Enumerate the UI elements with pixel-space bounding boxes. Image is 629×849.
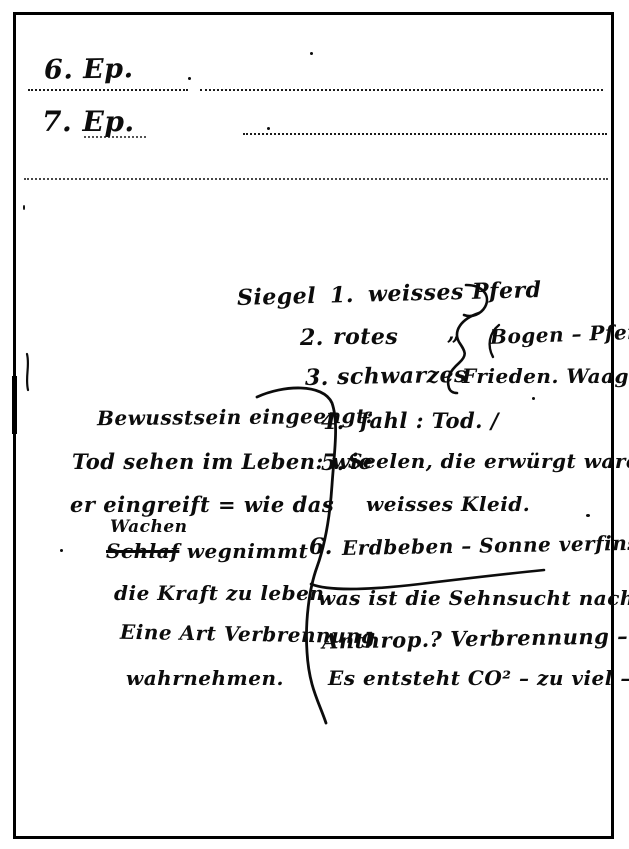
scan-speck (310, 52, 313, 55)
seal-5-text: Seelen, die erwürgt waren (348, 451, 629, 471)
note-sehnsucht: was ist die Sehnsucht nach (318, 588, 629, 608)
note-wahrnehmen: wahrnehmen. (126, 668, 284, 688)
seal-2-text: rotes (333, 326, 398, 348)
seal-6-text: Erdbeben – Sonne verfinstert (342, 532, 629, 558)
seal-6-number: 6. (309, 536, 333, 558)
seal-title: Siegel (237, 285, 317, 309)
seal-3-text: schwarzes (337, 364, 467, 388)
note-co2: Es entsteht CO² – zu viel – (328, 668, 629, 688)
scan-speck (188, 77, 191, 80)
bracket-note-bogen-pfeile: Bogen – Pfeile (490, 321, 629, 347)
episode-6-label: 6. Ep. (44, 55, 134, 84)
dotted-rule (24, 178, 608, 180)
ditto-mark: „ (447, 322, 460, 344)
note-kraft-zu-leben: die Kraft zu leben. (114, 583, 332, 603)
note-er-eingreift: er eingreift = wie das (70, 494, 334, 515)
seal-2-number: 2. (300, 327, 324, 349)
bracket-note-frieden-waage: Frieden. Waage. (462, 366, 629, 386)
scan-speck (23, 205, 25, 210)
scan-speck (267, 127, 270, 130)
note-bewusstsein: Bewusstsein eingeengt: (97, 406, 374, 428)
note-schlaf-wegnimmt: Schlaf wegnimmt (106, 541, 308, 561)
seal-4-text: fahl : Tod. / (360, 410, 499, 431)
dotted-rule (28, 89, 188, 91)
struck-word-schlaf: Schlaf (106, 539, 179, 563)
scanned-page: 6. Ep. 7. Ep. Siegel 1. weisses Pferd 2.… (0, 0, 629, 849)
seal-3-number: 3. (305, 367, 329, 389)
seal-5-continuation: weisses Kleid. (366, 494, 530, 514)
dotted-rule (84, 136, 146, 138)
scan-speck (586, 514, 590, 517)
seal-1-number: 1. (330, 284, 355, 307)
note-wegnimmt: wegnimmt (187, 539, 309, 563)
inserted-word-wachen: Wachen (110, 519, 188, 536)
dotted-rule (200, 89, 603, 91)
scan-speck (532, 397, 535, 400)
seal-1-text: weisses Pferd (368, 279, 542, 306)
note-tod-sehen: Tod sehen im Leben: wie (72, 451, 373, 472)
note-anthrop-verbrennung: Anthrop.? Verbrennung – (322, 625, 629, 651)
dotted-rule (243, 133, 607, 135)
episode-7-label: 7. Ep. (42, 108, 135, 136)
scan-border-artifact (12, 376, 17, 434)
scan-speck (60, 549, 63, 552)
